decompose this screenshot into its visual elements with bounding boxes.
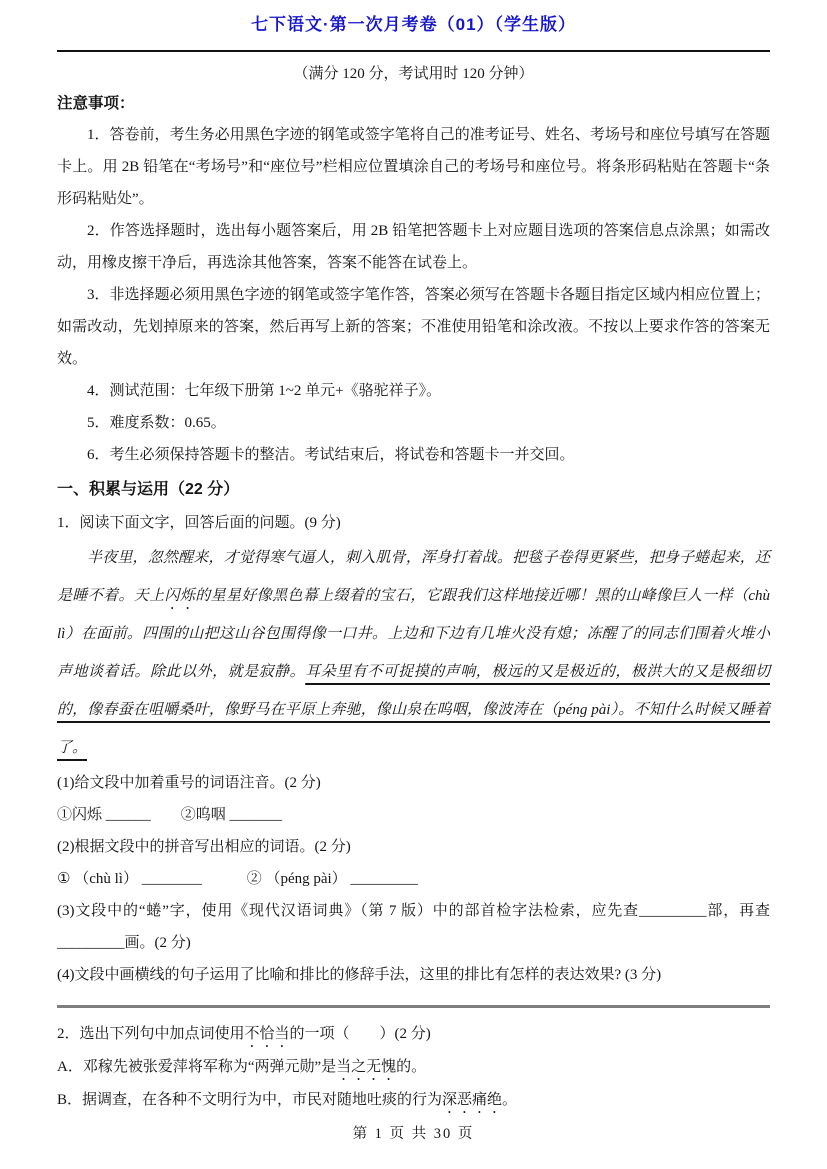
q2-option-b: B．据调查，在各种不文明行为中，市民对随地吐痰的行为深恶痛绝。 xyxy=(57,1084,770,1117)
exam-subtitle: （满分 120 分，考试用时 120 分钟） xyxy=(57,63,770,85)
q2-option-a: A．邓稼先被张爱萍将军称为“两弹元勋”是当之无愧的。 xyxy=(57,1051,770,1084)
notice-item: 5．难度系数：0.65。 xyxy=(57,407,770,439)
q1-stem: 1．阅读下面文字，回答后面的问题。(9 分) xyxy=(57,507,770,539)
option-emphasized-word: 当之无愧 xyxy=(336,1059,396,1075)
option-text: B．据调查，在各种不文明行为中，市民对随地吐痰的行为 xyxy=(57,1092,442,1108)
option-text: 。 xyxy=(502,1092,517,1108)
notice-item: 1．答卷前，考生务必用黑色字迹的钢笔或签字笔将自己的准考证号、姓名、考场号和座位… xyxy=(57,119,770,215)
exam-page: 七下语文·第一次月考卷（01）（学生版） （满分 120 分，考试用时 120 … xyxy=(0,0,827,1169)
notice-item: 2．作答选择题时，选出每小题答案后，用 2B 铅笔把答题卡上对应题目选项的答案信… xyxy=(57,215,770,279)
title-divider xyxy=(57,50,770,52)
q1-sub2-stem: (2)根据文段中的拼音写出相应的词语。(2 分) xyxy=(57,831,770,863)
notice-item: 4．测试范围：七年级下册第 1~2 单元+《骆驼祥子》。 xyxy=(57,375,770,407)
page-footer: 第 1 页 共 30 页 xyxy=(0,1122,827,1143)
q1-sub3-stem: (3)文段中的“蜷”字，使用《现代汉语词典》（第 7 版）中的部首检字法检索，应… xyxy=(57,895,770,959)
q1-passage: 半夜里，忽然醒来，才觉得寒气逼人，刺入肌骨，浑身打着战。把毯子卷得更紧些，把身子… xyxy=(57,539,770,767)
option-text: 的。 xyxy=(396,1059,426,1075)
option-emphasized-word: 深恶痛绝 xyxy=(442,1092,502,1108)
q2-stem: 2．选出下列句中加点词使用不恰当的一项（ ）(2 分) xyxy=(57,1018,770,1051)
notice-item: 3．非选择题必须用黑色字迹的钢笔或签字笔作答，答案必须写在答题卡各题目指定区域内… xyxy=(57,279,770,375)
q1-sub1-blanks: ①闪烁 ______ ②呜咽 _______ xyxy=(57,799,770,831)
notice-heading: 注意事项： xyxy=(57,89,770,119)
q2-stem-text: 的一项（ ）(2 分) xyxy=(290,1026,431,1042)
q1-sub1-stem: (1)给文段中加着重号的词语注音。(2 分) xyxy=(57,767,770,799)
q1-sub4-stem: (4)文段中画横线的句子运用了比喻和排比的修辞手法，这里的排比有怎样的表达效果?… xyxy=(57,959,770,991)
section-divider xyxy=(57,1005,770,1008)
notice-item: 6．考生必须保持答题卡的整洁。考试结束后，将试卷和答题卡一并交回。 xyxy=(57,439,770,471)
option-text: A．邓稼先被张爱萍将军称为“两弹元勋”是 xyxy=(57,1059,336,1075)
q2-stem-text: 2．选出下列句中加点词使用 xyxy=(57,1026,245,1042)
q2-emphasized-word: 不恰当 xyxy=(245,1026,290,1042)
section-heading: 一、积累与运用（22 分） xyxy=(57,473,770,507)
passage-emphasized-word: 闪烁 xyxy=(165,588,196,604)
exam-title: 七下语文·第一次月考卷（01）（学生版） xyxy=(57,12,770,38)
q1-sub2-blanks: ① （chù lì） ________ ② （péng pài） _______… xyxy=(57,863,770,895)
